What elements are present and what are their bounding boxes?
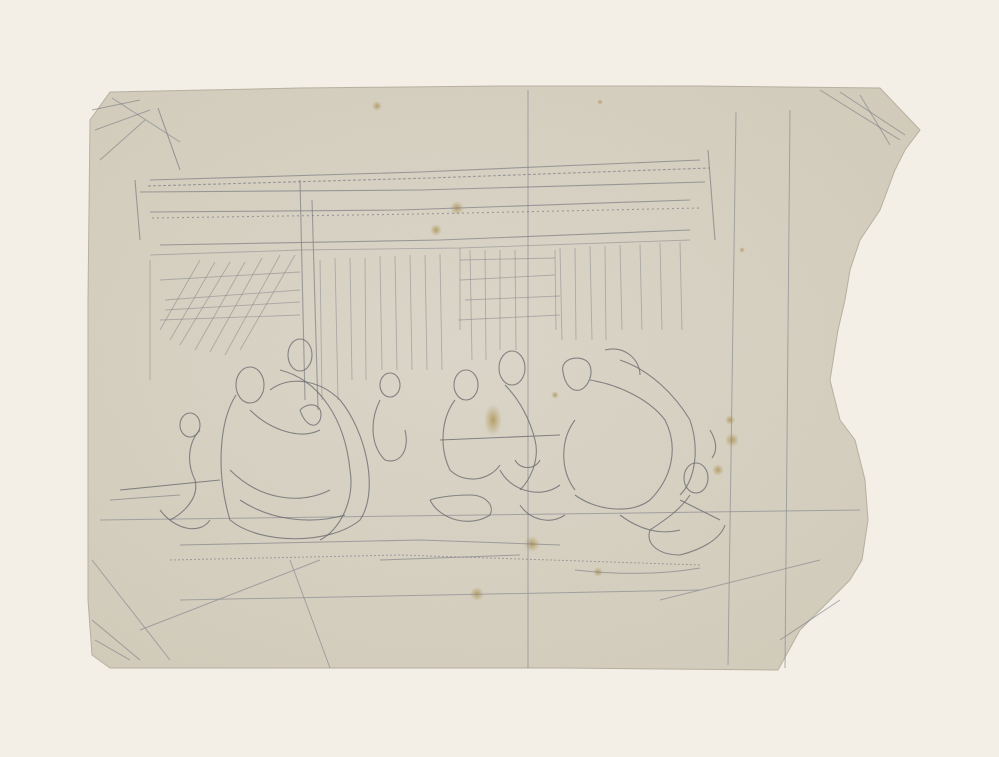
paper-sheet — [88, 86, 920, 670]
pencil-sketch-artwork — [0, 0, 999, 757]
artwork-stage: Pencil sketch on a torn sheet of aged pa… — [0, 0, 999, 757]
